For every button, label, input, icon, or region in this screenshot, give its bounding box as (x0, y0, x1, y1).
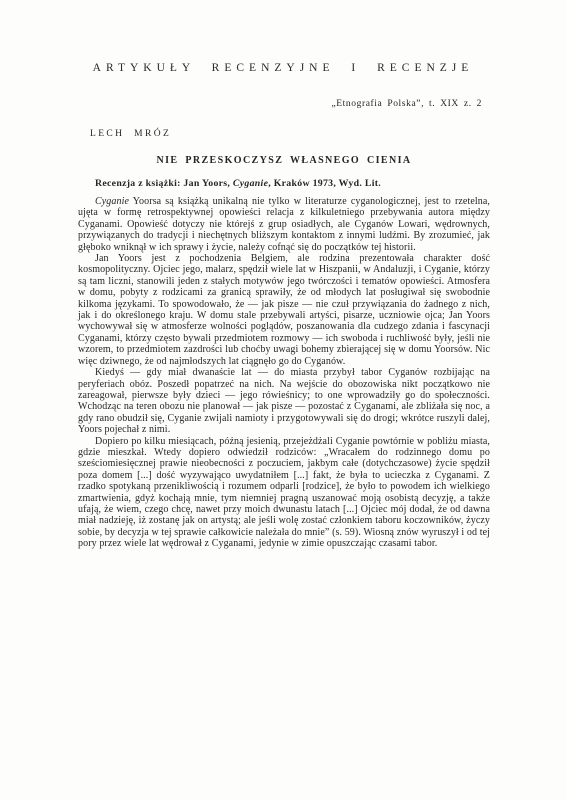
article-title: NIE PRZESKOCZYSZ WŁASNEGO CIENIA (78, 155, 490, 166)
paragraph: Jan Yoors jest z pochodzenia Belgiem, al… (78, 253, 490, 367)
text-run: Cyganie (95, 196, 129, 207)
review-reference-suffix: , Kraków 1973, Wyd. Lit. (268, 178, 381, 189)
book-title: Cyganie (233, 178, 268, 189)
paragraph: Kiedyś — gdy miał dwanaście lat — do mia… (78, 367, 490, 435)
text-run: Jan Yoors jest z pochodzenia Belgiem, al… (78, 253, 490, 367)
text-run: Kiedyś — gdy miał dwanaście lat — do mia… (78, 367, 490, 435)
review-reference-line: Recenzja z książki: Jan Yoors, Cyganie, … (95, 178, 381, 189)
journal-reference: „Etnografia Polska”, t. XIX z. 2 (331, 99, 482, 109)
text-run: Dopiero po kilku miesiącach, późną jesie… (78, 436, 490, 550)
section-header: ARTYKUŁY RECENZYJNE I RECENZJE (0, 62, 566, 74)
review-body: Cyganie Yoorsa są książką unikalną nie t… (78, 196, 490, 550)
scanned-journal-page: ARTYKUŁY RECENZYJNE I RECENZJE „Etnograf… (0, 0, 566, 800)
review-reference-prefix: Recenzja z książki: Jan Yoors, (95, 178, 233, 189)
paragraph: Dopiero po kilku miesiącach, późną jesie… (78, 436, 490, 550)
text-run: Yoorsa są książką unikalną nie tylko w l… (78, 196, 490, 253)
author-name: LECH MRÓZ (90, 129, 171, 139)
paragraph: Cyganie Yoorsa są książką unikalną nie t… (78, 196, 490, 253)
